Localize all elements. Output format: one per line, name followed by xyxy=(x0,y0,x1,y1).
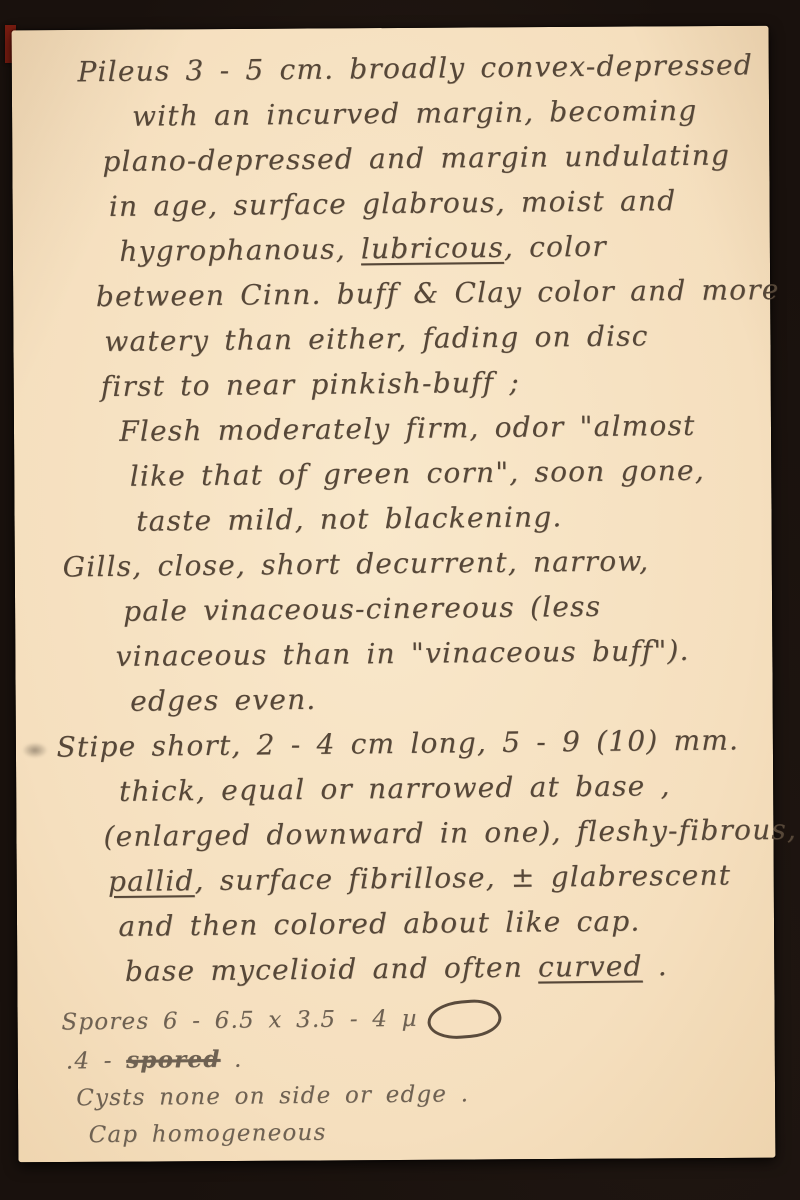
note-text-segment: like that of green corn", soon gone, xyxy=(130,454,705,493)
note-text-segment: in age, surface glabrous, moist and xyxy=(109,184,677,223)
note-line: and then colored about like cap. xyxy=(48,897,761,949)
note-text-segment: Cap homogeneous xyxy=(88,1120,326,1148)
ink-smudge xyxy=(22,742,48,758)
note-text-segment: and then colored about like cap. xyxy=(118,904,640,942)
note-text-segment: taste mild, not blackening. xyxy=(136,500,563,537)
note-line: edges even. xyxy=(46,672,759,724)
note-line: Gills, close, short decurrent, narrow, xyxy=(44,537,757,589)
note-line: taste mild, not blackening. xyxy=(44,492,757,544)
note-line: watery than either, fading on disc xyxy=(42,312,755,364)
note-line: base mycelioid and often curved . xyxy=(49,942,762,994)
note-text-segment: .4 - xyxy=(66,1048,127,1075)
note-text: Pileus 3 - 5 cm. broadly convex-depresse… xyxy=(39,42,764,1154)
note-text-segment: pallid xyxy=(108,864,195,898)
note-line: Cap homogeneous xyxy=(50,1110,763,1154)
note-text-segment: Stipe short, 2 - 4 cm long, 5 - 9 (10) m… xyxy=(56,723,739,763)
note-text-segment: first to near pinkish-buff ; xyxy=(101,366,520,403)
note-line: Pileus 3 - 5 cm. broadly convex-depresse… xyxy=(39,42,752,94)
note-text-segment: Spores 6 - 6.5 x 3.5 - 4 µ xyxy=(61,1006,418,1036)
note-text-segment: , color xyxy=(504,230,607,264)
note-text-segment: spored xyxy=(126,1046,221,1074)
note-text-segment: . xyxy=(220,1047,242,1073)
note-line: thick, equal or narrowed at base , xyxy=(47,762,760,814)
note-text-segment: thick, equal or narrowed at base , xyxy=(119,769,671,808)
note-line: pallid, surface fibrillose, ± glabrescen… xyxy=(48,852,761,904)
note-card: Pileus 3 - 5 cm. broadly convex-depresse… xyxy=(12,26,776,1163)
note-text-segment: watery than either, fading on disc xyxy=(104,319,649,358)
note-text-segment: (enlarged downward in one), fleshy-fibro… xyxy=(103,813,797,853)
note-text-segment: , surface fibrillose, ± glabrescent xyxy=(194,859,731,898)
note-text-segment: curved xyxy=(538,949,643,983)
note-line: hygrophanous, lubricous, color xyxy=(41,222,754,274)
note-line: vinaceous than in "vinaceous buff"). xyxy=(45,627,758,679)
note-text-segment: . xyxy=(642,949,668,982)
note-text-segment: Pileus 3 - 5 cm. broadly convex-depresse… xyxy=(77,48,753,88)
note-text-segment: plano-depressed and margin undulating xyxy=(102,138,730,178)
note-text-segment: Gills, close, short decurrent, narrow, xyxy=(63,544,650,583)
note-text-segment: base mycelioid and often xyxy=(125,951,538,988)
note-line: Stipe short, 2 - 4 cm long, 5 - 9 (10) m… xyxy=(46,717,759,769)
note-text-segment: between Cinn. buff & Clay color and more xyxy=(96,273,780,313)
note-line: first to near pinkish-buff ; xyxy=(43,357,756,409)
note-text-segment: hygrophanous, xyxy=(119,232,361,268)
note-text-segment: lubricous xyxy=(361,231,504,265)
note-line: with an incurved margin, becoming xyxy=(40,87,753,139)
note-line: between Cinn. buff & Clay color and more xyxy=(42,267,755,319)
note-text-segment: Flesh moderately firm, odor "almost xyxy=(119,409,696,448)
note-line: like that of green corn", soon gone, xyxy=(44,447,757,499)
note-line: Flesh moderately firm, odor "almost xyxy=(43,402,756,454)
note-line: plano-depressed and margin undulating xyxy=(40,132,753,184)
note-text-segment: Cysts none on side or edge . xyxy=(76,1081,469,1111)
note-text-segment: with an incurved margin, becoming xyxy=(132,94,698,133)
spore-sketch xyxy=(426,997,503,1041)
note-line: in age, surface glabrous, moist and xyxy=(41,177,754,229)
note-text-segment: vinaceous than in "vinaceous buff"). xyxy=(115,634,689,673)
note-text-segment: edges even. xyxy=(130,683,317,718)
note-line: pale vinaceous-cinereous (less xyxy=(45,582,758,634)
note-line: (enlarged downward in one), fleshy-fibro… xyxy=(47,807,760,859)
note-text-segment: pale vinaceous-cinereous (less xyxy=(123,590,601,628)
photo-background: Pileus 3 - 5 cm. broadly convex-depresse… xyxy=(0,0,800,1200)
